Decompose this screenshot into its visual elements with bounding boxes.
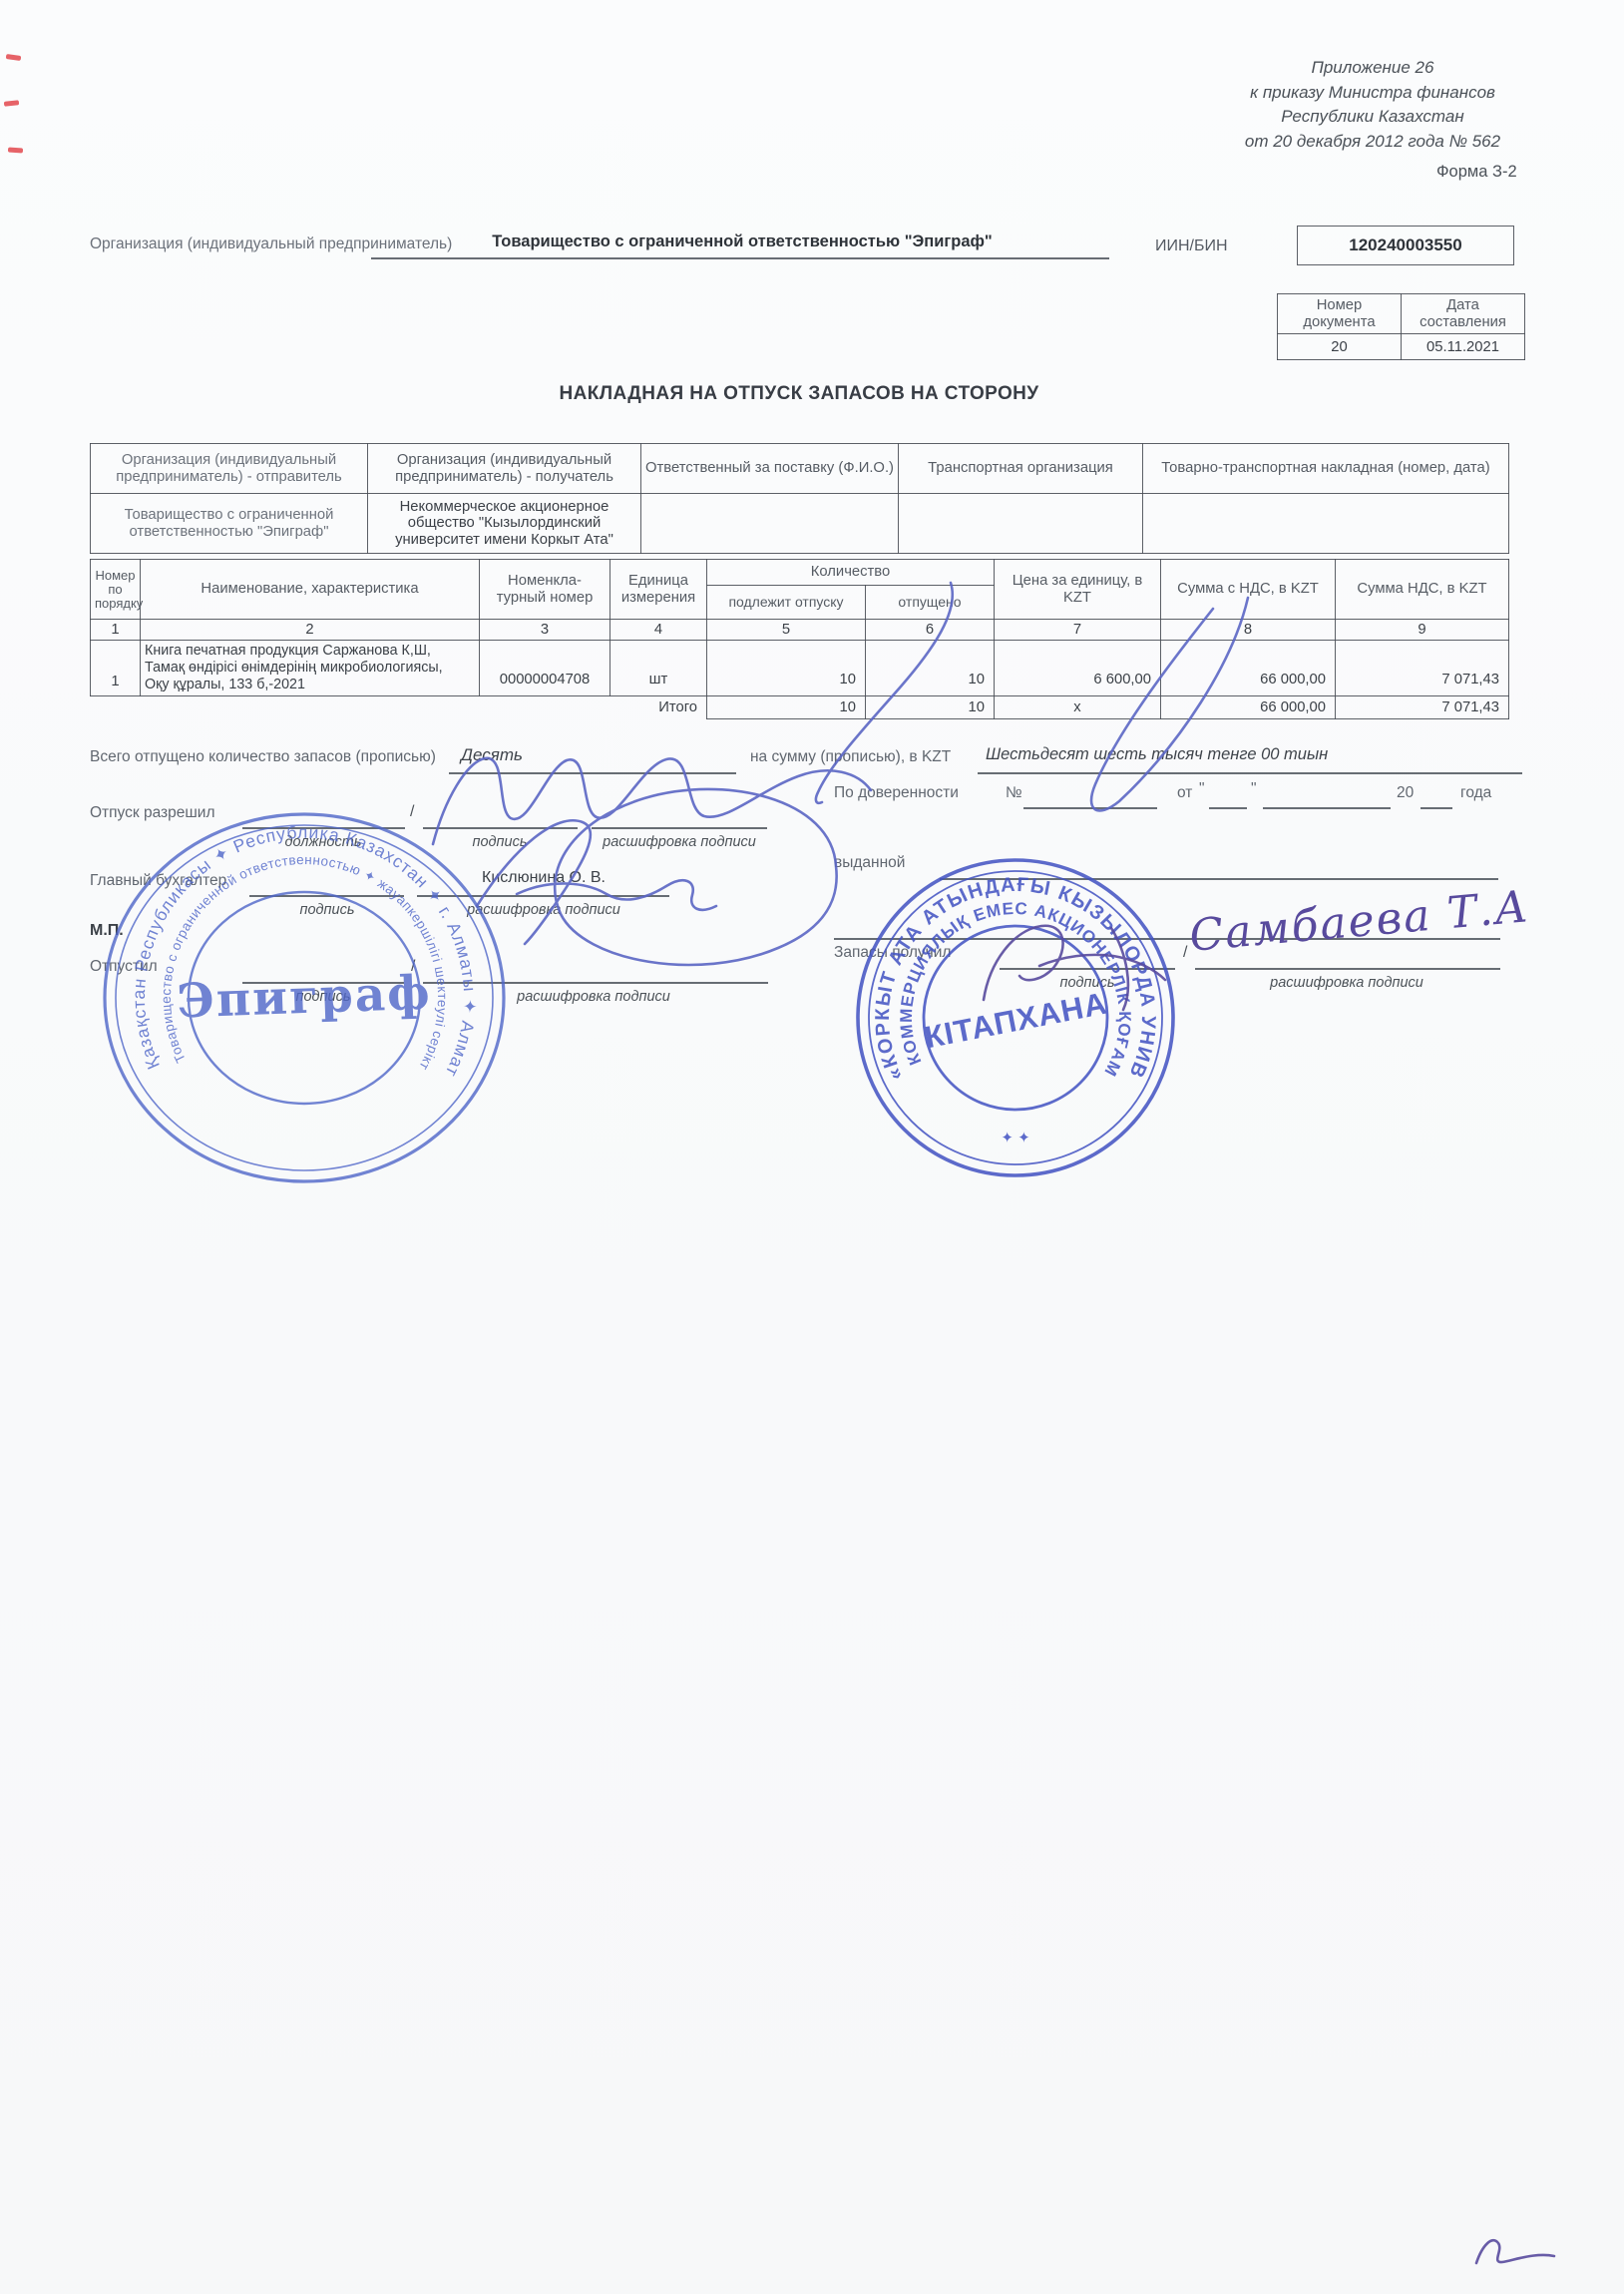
pen-strokes-overlay (0, 0, 1624, 2294)
pen-stroke-loop-through-unit (1091, 598, 1248, 810)
scanned-document-page: Приложение 26 к приказу Министра финансо… (0, 0, 1624, 2294)
corner-pen-mark (1476, 2240, 1554, 2263)
chief-accountant-signature-stroke (555, 789, 837, 965)
chief-accountant-signature-stroke (477, 820, 716, 944)
received-signature-stroke (984, 926, 1165, 1010)
release-allowed-signature-stroke (433, 758, 871, 844)
